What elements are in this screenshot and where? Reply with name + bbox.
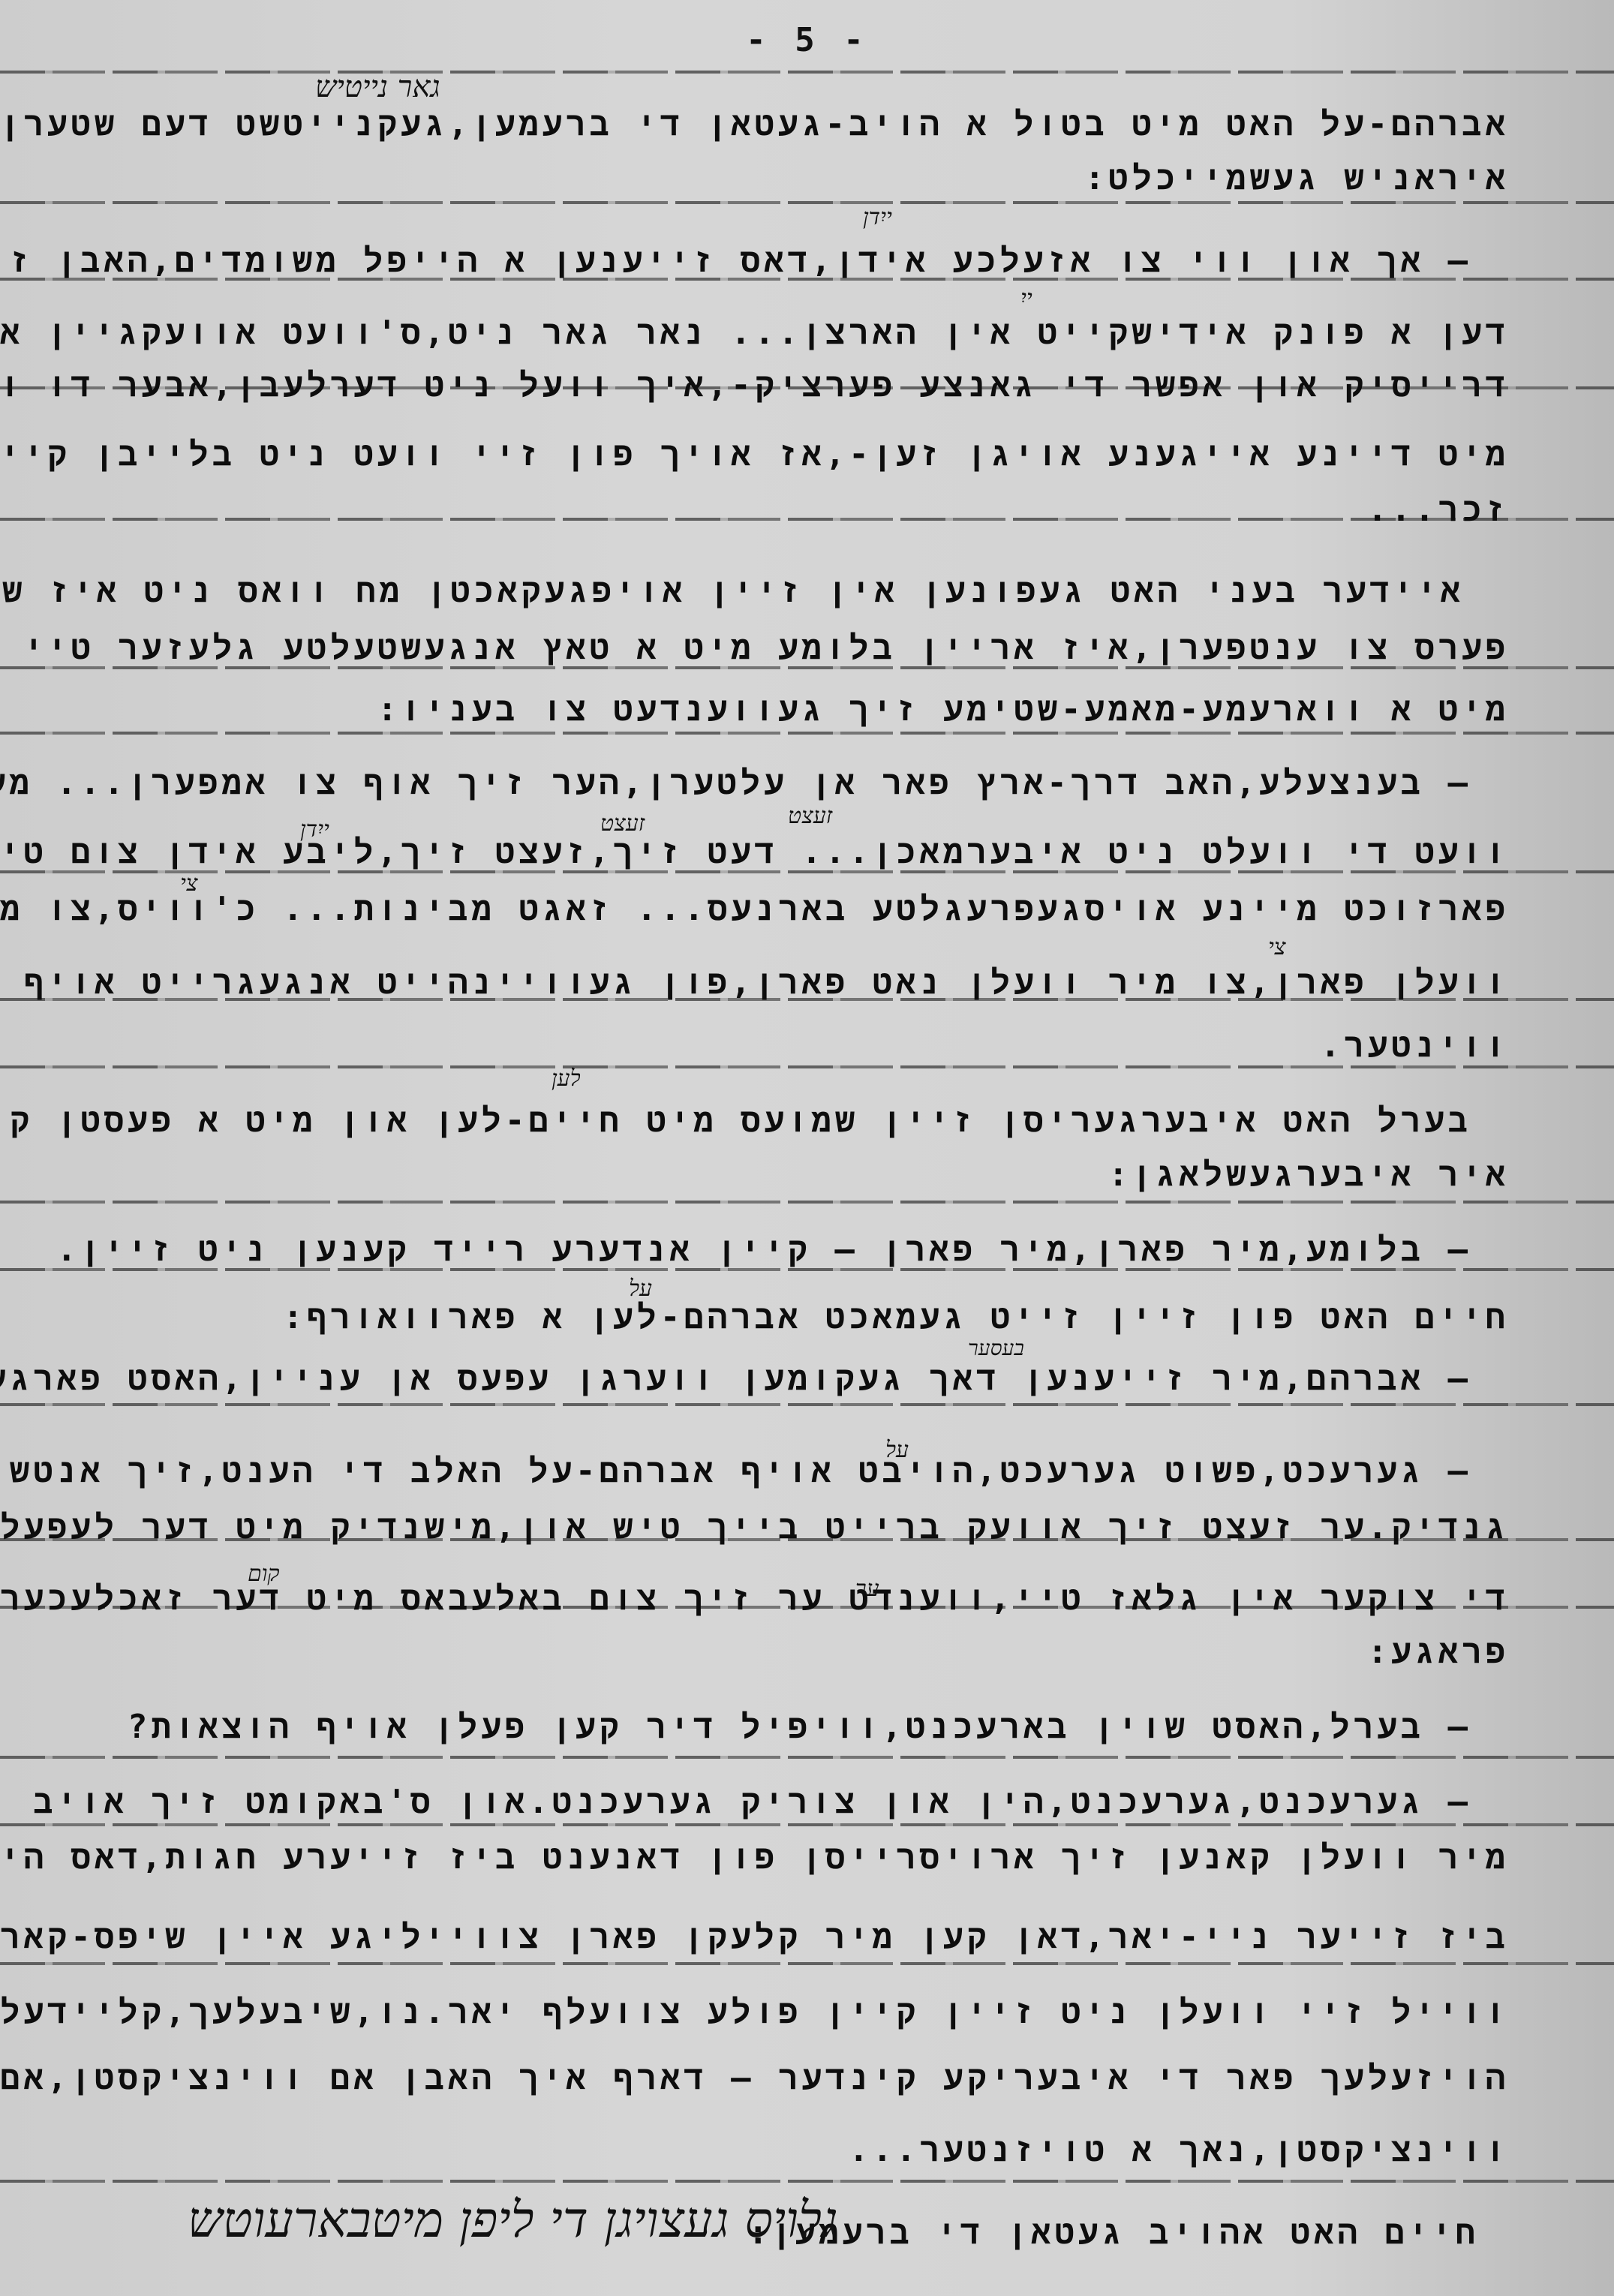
typed-line: די צוקער אין גלאז טיי,ווענדט ער זיך צום … bbox=[0, 1579, 1509, 1620]
typed-line: זכר... bbox=[1367, 491, 1509, 531]
typed-line: מיט דיינע אייגענע אויגן זען-,אז אויך פון… bbox=[0, 435, 1509, 476]
typed-line: אברהם-על האט מיט בטול א הויב-געטאן די בר… bbox=[0, 105, 1509, 146]
ruled-line bbox=[0, 1201, 1614, 1204]
typed-line: – בערל,האסט שוין בארעכנט,וויפיל דיר קען … bbox=[128, 1708, 1471, 1748]
handwritten-annotation: זעצט bbox=[788, 803, 832, 829]
typed-line: ווייל זיי וועלן ניט זיין קיין פולע צוועל… bbox=[0, 1993, 1509, 2033]
handwritten-annotation: גאר נייטיש bbox=[315, 69, 440, 104]
typed-line: וועט די וועלט ניט איבערמאכן... דעט זיך,ז… bbox=[0, 833, 1509, 873]
typed-line: חיים האט אהויב געטאן די ברעמען: bbox=[748, 2213, 1479, 2254]
ruled-line bbox=[0, 1756, 1614, 1759]
typed-line: – בלומע,מיר פארן,מיר פארן – קיין אנדערע … bbox=[56, 1231, 1471, 1271]
typed-line: – גערעכט,פשוט גערעכט,הויבט אויף אברהם-על… bbox=[0, 1452, 1471, 1492]
typed-line: – אברהם,מיר זייענען דאך געקומען ווערגן ע… bbox=[0, 1360, 1471, 1400]
ruled-line bbox=[0, 1823, 1614, 1826]
handwritten-annotation: קום bbox=[248, 1561, 279, 1587]
typed-line: – בענצעלע,האב דרך-ארץ פאר אן עלטערן,הער … bbox=[0, 764, 1471, 804]
typed-line: – אך און ווי צו אזעלכע אידן,דאס זייענען … bbox=[0, 242, 1471, 282]
typed-line: בערל האט איבערגעריסן זיין שמועס מיט חיים… bbox=[0, 1101, 1471, 1142]
handwritten-annotation: על bbox=[885, 1437, 909, 1463]
handwritten-annotation: בעסער bbox=[968, 1336, 1024, 1361]
handwritten-annotation: ייִדן bbox=[863, 204, 892, 230]
typed-line: מיר וועלן קאנען זיך ארויסרייסן פון דאנענ… bbox=[0, 1838, 1509, 1879]
typed-line: ווינטער. bbox=[1321, 1026, 1509, 1067]
typed-line: פראגע: bbox=[1367, 1633, 1509, 1673]
ruled-line bbox=[0, 71, 1614, 74]
ruled-line bbox=[0, 201, 1614, 204]
typed-line: הויזעלעך פאר די איבעריקע קינדער – דארף א… bbox=[0, 2059, 1509, 2099]
ruled-line bbox=[0, 732, 1614, 735]
typed-line: דרייסיק און אפשר די גאנצע פערציק-,איך וו… bbox=[0, 366, 1509, 407]
ruled-line bbox=[0, 2180, 1614, 2183]
handwritten-signature-line: גלויס געצויגן די ליפן מיטבארעוטש bbox=[188, 2191, 838, 2249]
ruled-line bbox=[0, 1962, 1614, 1965]
typed-line: איר איבערגעשלאגן: bbox=[1108, 1156, 1509, 1196]
typed-line: ביז זייער ניי-יאר,דאן קען מיר קלעקן פארן… bbox=[0, 1918, 1509, 1958]
handwritten-annotation: צי bbox=[1268, 934, 1286, 960]
typed-line: פארזוכט מיינע אויסגעפרעגלטע בארנעס... זא… bbox=[0, 890, 1509, 930]
page-number: - 5 - bbox=[0, 21, 1614, 59]
typed-line: וועלן פארן,צו מיר וועלן נאט פארן,פון געו… bbox=[24, 963, 1509, 1004]
handwritten-annotation: לען bbox=[552, 1065, 581, 1092]
handwritten-annotation: ייִ bbox=[1020, 285, 1032, 311]
typed-line: חיים האט פון זיין זייט געמאכט אברהם-לען … bbox=[283, 1298, 1509, 1339]
typed-line: מיט א ווארעמע-מאמע-שטימע זיך געווענדעט צ… bbox=[377, 690, 1509, 731]
typed-document-page: - 5 - אברהם-על האט מיט בטול א הויב-געטאן… bbox=[0, 0, 1614, 2296]
typed-line: ווינציקסטן,נאך א טויזנטער... bbox=[849, 2131, 1509, 2171]
typed-line: דען א פונק אידישקייט אין הארצן... נאר גא… bbox=[0, 314, 1509, 354]
handwritten-annotation: צי bbox=[180, 870, 198, 897]
typed-line: גנדיק.ער זעצט זיך אוועק ברייט בייך טיש א… bbox=[0, 1508, 1509, 1549]
handwritten-annotation: ער bbox=[855, 1576, 879, 1602]
handwritten-annotation: על bbox=[629, 1276, 652, 1302]
typed-line: איידער בעני האט געפונען אין זיין אויפגעק… bbox=[0, 572, 1464, 612]
typed-line: איראניש געשמייכלט: bbox=[1085, 159, 1509, 200]
ruled-line bbox=[0, 1403, 1614, 1406]
typed-line: פערס צו ענטפערן,איז אריין בלומע מיט א טא… bbox=[0, 629, 1509, 669]
typed-line: – גערעכנט,גערעכנט,הין און צוריק גערעכנט.… bbox=[33, 1783, 1471, 1823]
handwritten-annotation: ייִדן bbox=[300, 816, 329, 843]
handwritten-annotation: זעצט bbox=[600, 810, 645, 837]
